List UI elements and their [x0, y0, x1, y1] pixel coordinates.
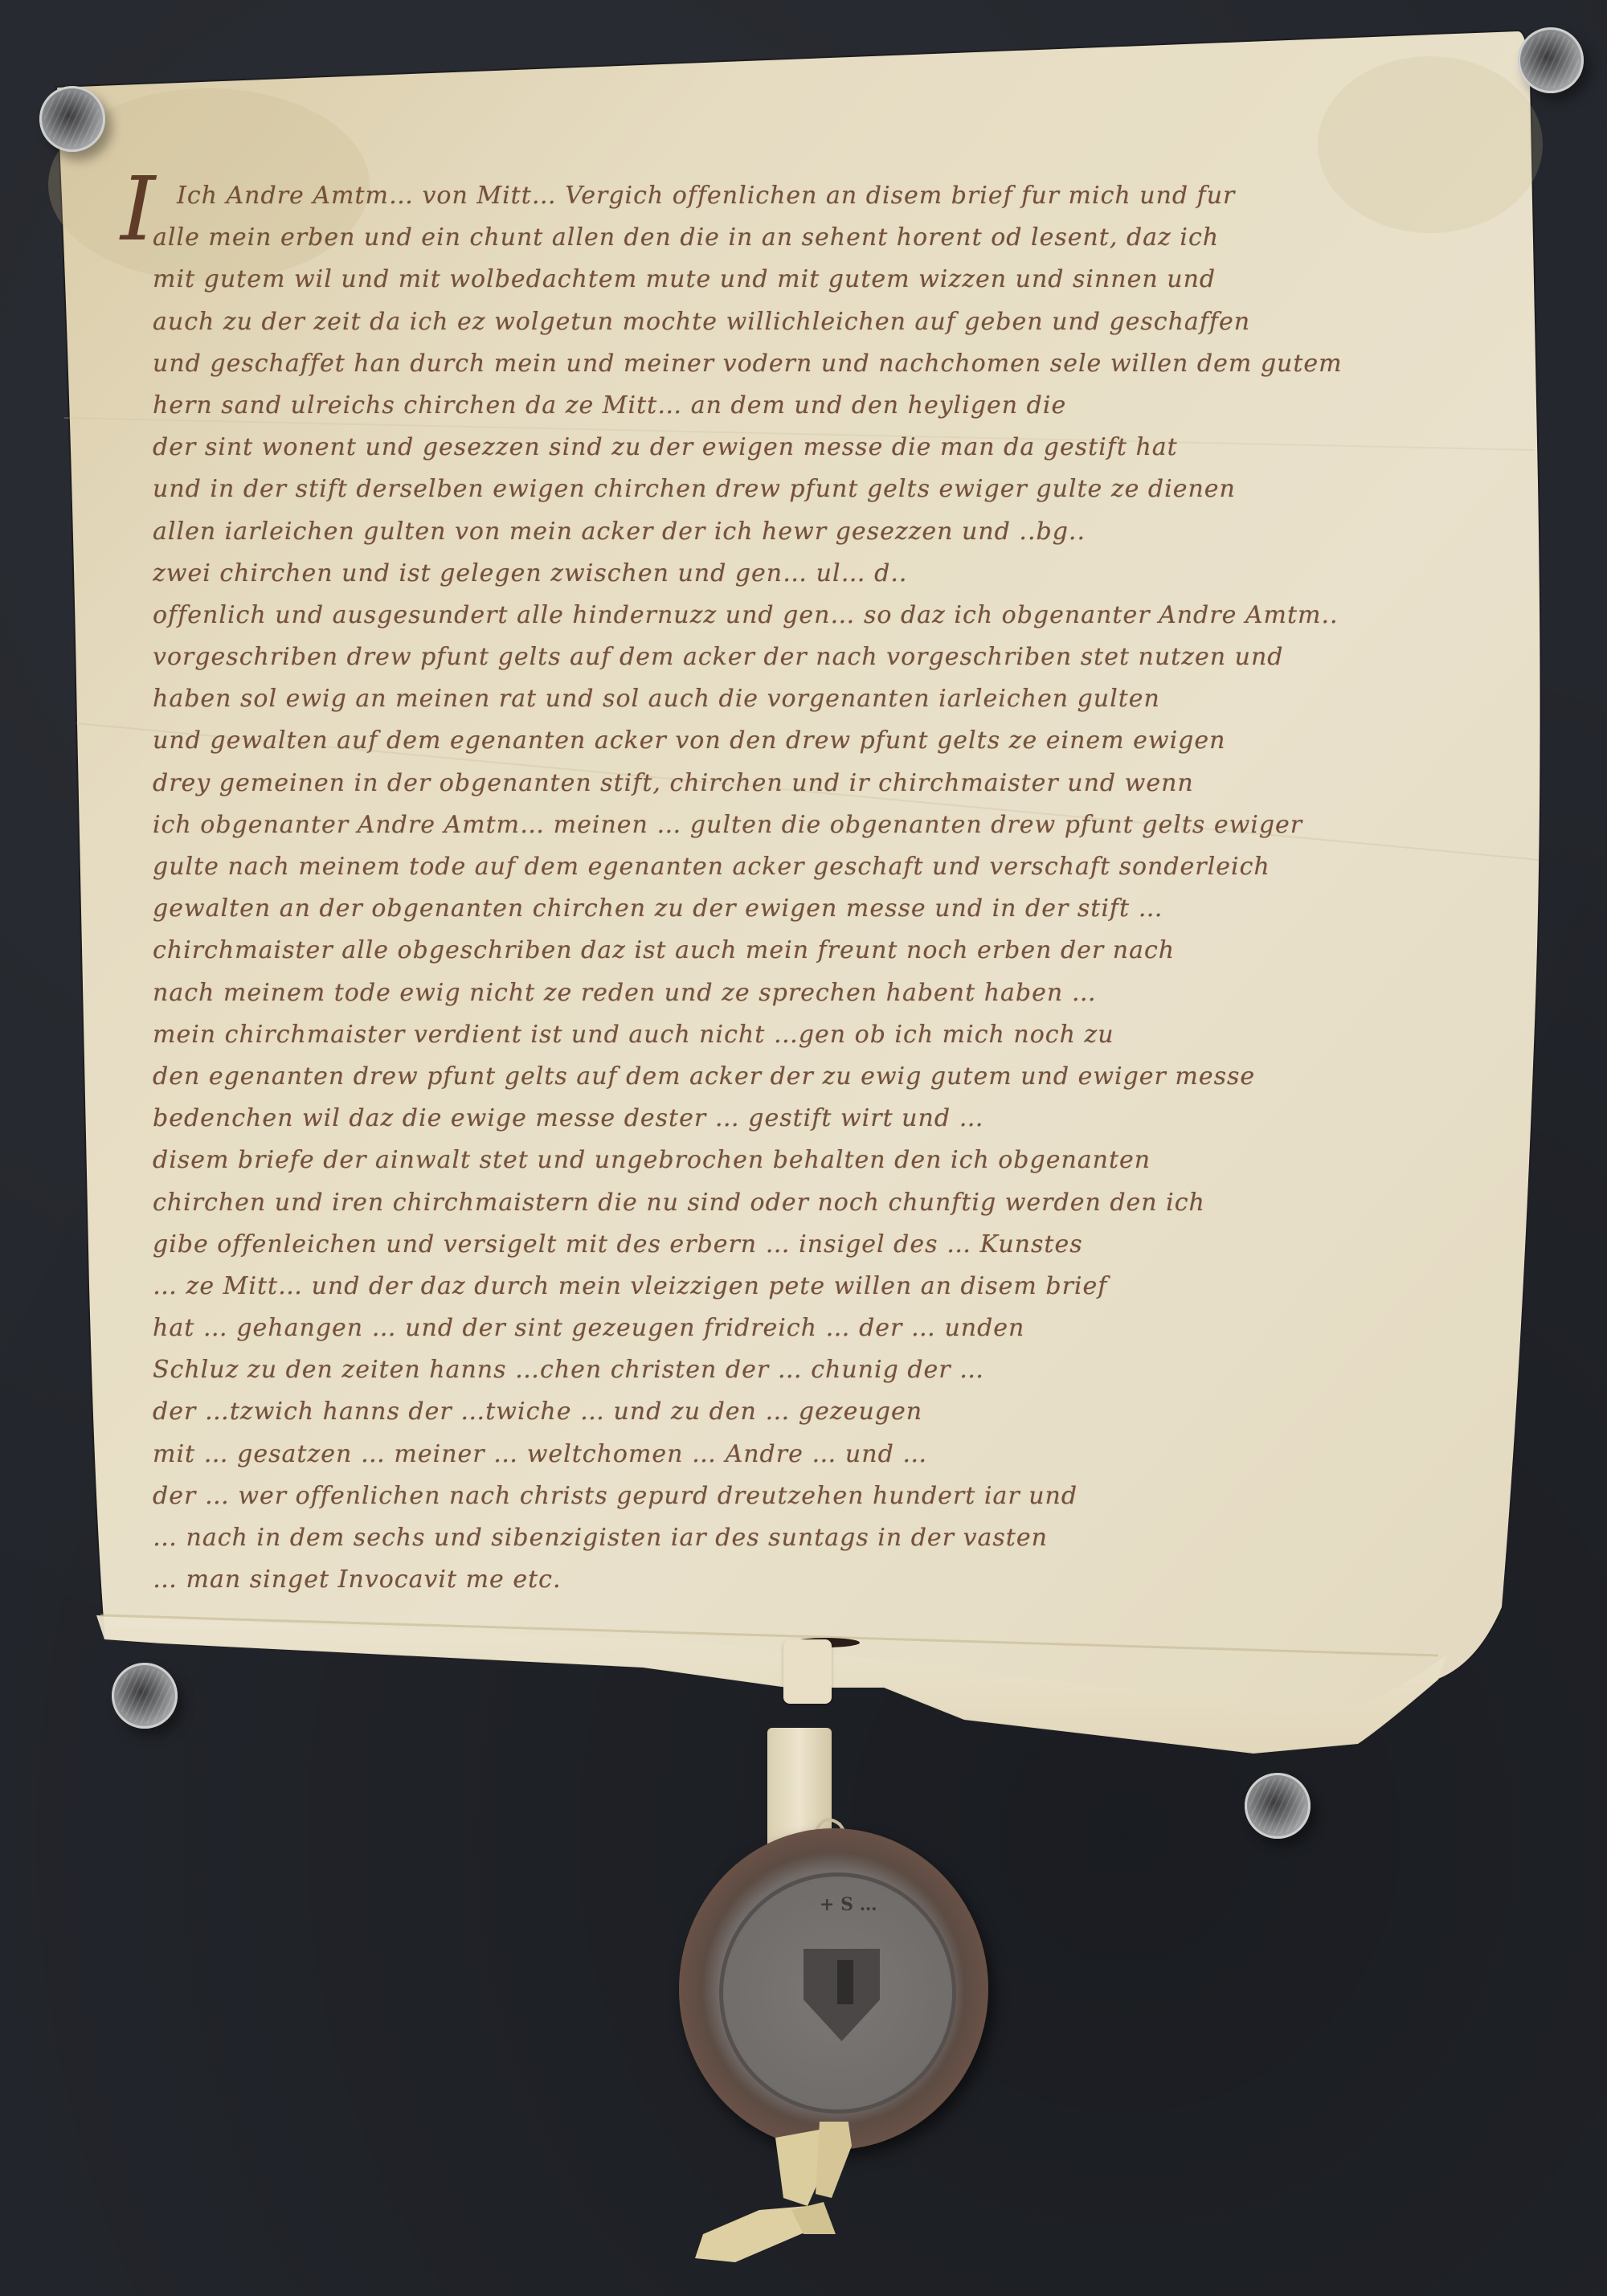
- text-line: Ich Andre Amtm… von Mitt… Vergich offenl…: [153, 175, 1406, 217]
- text-line: zwei chirchen und ist gelegen zwischen u…: [153, 553, 1406, 595]
- text-line: mit gutem wil und mit wolbedachtem mute …: [153, 259, 1406, 301]
- text-line: mit … gesatzen … meiner … weltchomen … A…: [153, 1434, 1406, 1475]
- text-line: und in der stift derselben ewigen chirch…: [153, 469, 1406, 510]
- text-line: und geschaffet han durch mein und meiner…: [153, 343, 1406, 385]
- seal-legend: + S …: [723, 1876, 952, 2110]
- text-line: auch zu der zeit da ich ez wolgetun moch…: [153, 301, 1406, 343]
- text-line: chirchen und iren chirchmaistern die nu …: [153, 1182, 1406, 1224]
- text-line: ich obgenanter Andre Amtm… meinen … gult…: [153, 804, 1406, 846]
- text-line: vorgeschriben drew pfunt gelts auf dem a…: [153, 636, 1406, 678]
- text-line: mein chirchmaister verdient ist und auch…: [153, 1014, 1406, 1056]
- charter-text: Ich Andre Amtm… von Mitt… Vergich offenl…: [153, 175, 1406, 1601]
- text-line: den egenanten drew pfunt gelts auf dem a…: [153, 1056, 1406, 1098]
- text-line: … nach in dem sechs und sibenzigisten ia…: [153, 1517, 1406, 1559]
- seal-tag-end: [687, 2122, 896, 2266]
- text-line: hat … gehangen … und der sint gezeugen f…: [153, 1308, 1406, 1349]
- seal-legend-text: + S …: [820, 1894, 877, 1915]
- text-line: offenlich und ausgesundert alle hindernu…: [153, 595, 1406, 636]
- decorated-initial: I: [121, 165, 155, 253]
- text-line: Schluz zu den zeiten hanns …chen christe…: [153, 1349, 1406, 1391]
- text-line: chirchmaister alle obgeschriben daz ist …: [153, 930, 1406, 972]
- text-line: … ze Mitt… und der daz durch mein vleizz…: [153, 1266, 1406, 1308]
- text-line: gewalten an der obgenanten chirchen zu d…: [153, 888, 1406, 930]
- text-line: drey gemeinen in der obgenanten stift, c…: [153, 763, 1406, 804]
- text-line: gulte nach meinem tode auf dem egenanten…: [153, 846, 1406, 888]
- magnet-pin-icon: [1518, 27, 1584, 93]
- text-line: disem briefe der ainwalt stet und ungebr…: [153, 1140, 1406, 1181]
- magnet-pin-icon: [1245, 1773, 1311, 1839]
- text-line: der … wer offenlichen nach christs gepur…: [153, 1475, 1406, 1517]
- text-line: gibe offenleichen und versigelt mit des …: [153, 1224, 1406, 1266]
- text-line: hern sand ulreichs chirchen da ze Mitt… …: [153, 385, 1406, 427]
- magnet-pin-icon: [39, 86, 105, 152]
- text-line: und gewalten auf dem egenanten acker von…: [153, 720, 1406, 762]
- tag-ribbon-icon: [687, 2122, 896, 2266]
- text-line: … man singet Invocavit me etc.: [153, 1559, 1406, 1601]
- text-line: bedenchen wil daz die ewige messe dester…: [153, 1098, 1406, 1140]
- text-line: haben sol ewig an meinen rat und sol auc…: [153, 678, 1406, 720]
- seal-face: + S …: [719, 1872, 956, 2114]
- wax-seal: + S …: [679, 1828, 988, 2150]
- text-line: der sint wonent und gesezzen sind zu der…: [153, 427, 1406, 469]
- text-line: alle mein erben und ein chunt allen den …: [153, 217, 1406, 259]
- seal-tag-loop: [783, 1639, 832, 1704]
- text-line: allen iarleichen gulten von mein acker d…: [153, 511, 1406, 553]
- text-line: der …tzwich hanns der …twiche … und zu d…: [153, 1391, 1406, 1433]
- magnet-pin-icon: [112, 1663, 178, 1729]
- text-line: nach meinem tode ewig nicht ze reden und…: [153, 972, 1406, 1014]
